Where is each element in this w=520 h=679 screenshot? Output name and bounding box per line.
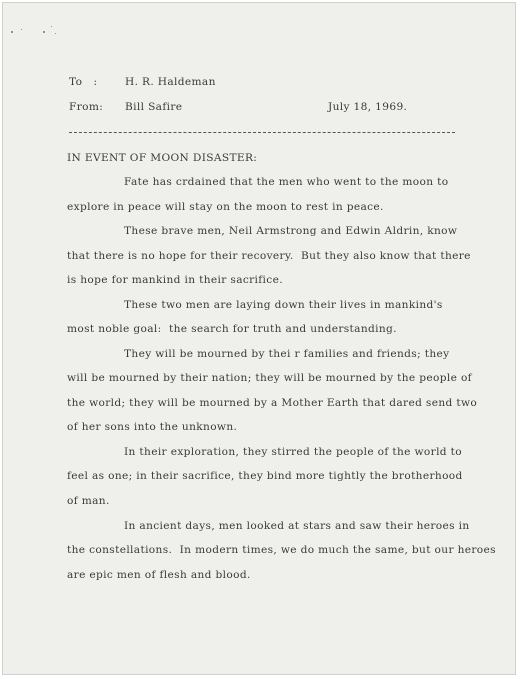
- to-value: H. R. Haldeman: [125, 76, 216, 88]
- from-label: From:: [69, 101, 103, 113]
- body-line: the world; they will be mourned by a Mot…: [67, 397, 477, 409]
- paper-specks: [11, 25, 61, 37]
- dashed-divider: [69, 132, 455, 133]
- body-line: of man.: [67, 495, 110, 507]
- body-line: explore in peace will stay on the moon t…: [67, 201, 384, 213]
- speck: [11, 31, 13, 33]
- body-line: that there is no hope for their recovery…: [67, 250, 471, 262]
- body-line: are epic men of flesh and blood.: [67, 569, 251, 581]
- to-label: To :: [69, 76, 97, 88]
- body-line: of her sons into the unknown.: [67, 421, 237, 433]
- from-value: Bill Safire: [125, 101, 182, 113]
- speck: [55, 33, 56, 34]
- speck: [21, 29, 22, 30]
- body-line: will be mourned by their nation; they wi…: [67, 372, 472, 384]
- body-line: the constellations. In modern times, we …: [67, 544, 496, 556]
- body-line: In their exploration, they stirred the p…: [124, 446, 462, 458]
- body-line: is hope for mankind in their sacrifice.: [67, 274, 283, 286]
- speck: [51, 26, 52, 27]
- speck: [43, 31, 45, 33]
- memo-page: To : H. R. Haldeman From: Bill Safire Ju…: [2, 2, 516, 675]
- body-line: feel as one; in their sacrifice, they bi…: [67, 470, 463, 482]
- body-line: Fate has crdained that the men who went …: [124, 176, 448, 188]
- body-line: most noble goal: the search for truth an…: [67, 323, 397, 335]
- memo-date: July 18, 1969.: [328, 101, 407, 113]
- body-line: These brave men, Neil Armstrong and Edwi…: [124, 225, 457, 237]
- body-line: These two men are laying down their live…: [124, 299, 443, 311]
- memo-title: IN EVENT OF MOON DISASTER:: [67, 152, 257, 164]
- body-line: In ancient days, men looked at stars and…: [124, 520, 470, 532]
- body-line: They will be mourned by thei r families …: [124, 348, 449, 360]
